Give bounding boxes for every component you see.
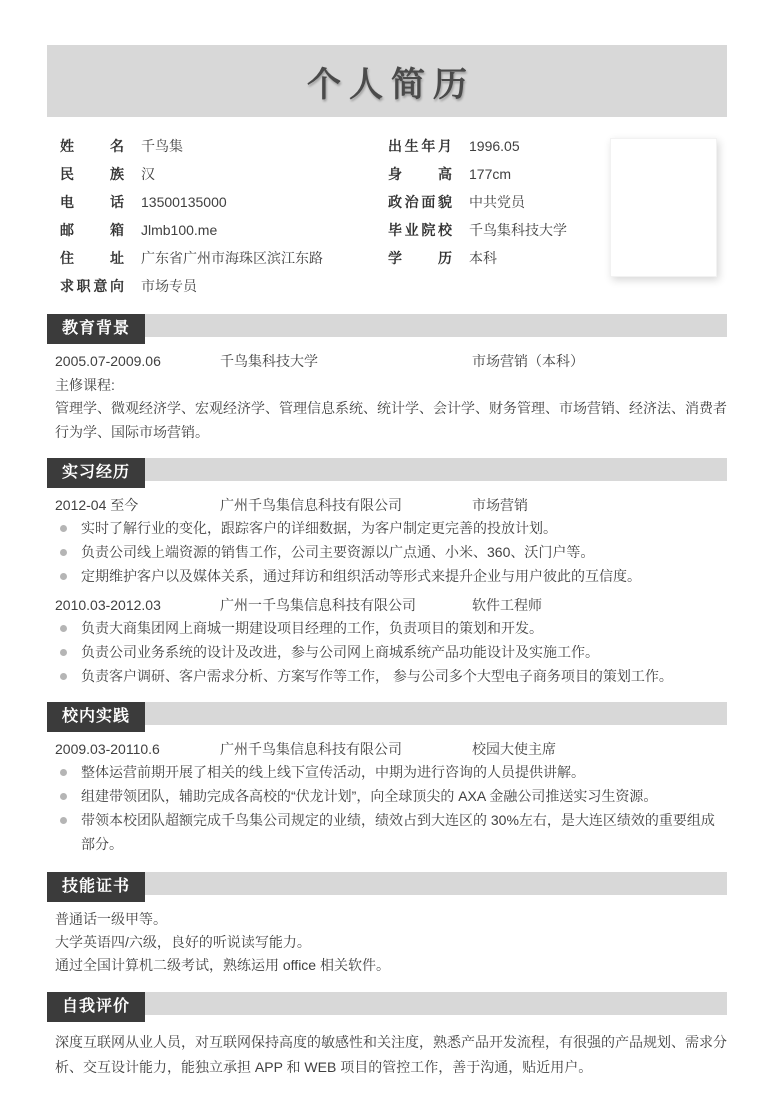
info-row-job-intention: 求职意向 市场专员 bbox=[60, 272, 388, 300]
campus-practice-job: 2009.03-20110.6 广州千鸟集信息科技有限公司 校园大使主席 整体运… bbox=[55, 738, 727, 856]
section-title-skills: 技能证书 bbox=[47, 872, 145, 902]
bullet-icon bbox=[60, 769, 67, 776]
info-label-degree: 学历 bbox=[388, 244, 452, 272]
job-company: 广州千鸟集信息科技有限公司 bbox=[220, 738, 472, 760]
bullet-item: 带领本校团队超额完成千鸟集公司规定的业绩，绩效占到大连区的 30%左右，是大连区… bbox=[55, 808, 727, 856]
campus-practice-content: 2009.03-20110.6 广州千鸟集信息科技有限公司 校园大使主席 整体运… bbox=[47, 732, 727, 856]
bullet-icon bbox=[60, 793, 67, 800]
bullet-item: 负责公司线上端资源的销售工作，公司主要资源以广点通、小米、360、沃门户等。 bbox=[55, 540, 727, 564]
photo-placeholder bbox=[610, 138, 717, 277]
bullet-text: 实时了解行业的变化，跟踪客户的详细数据，为客户制定更完善的投放计划。 bbox=[81, 520, 557, 536]
education-major: 市场营销（本科） bbox=[472, 350, 727, 372]
bullet-item: 实时了解行业的变化，跟踪客户的详细数据，为客户制定更完善的投放计划。 bbox=[55, 516, 727, 540]
courses-text: 管理学、微观经济学、宏观经济学、管理信息系统、统计学、会计学、财务管理、市场营销… bbox=[55, 396, 727, 444]
section-internship: 实习经历 2012-04 至今 广州千鸟集信息科技有限公司 市场营销 实时了解行… bbox=[47, 458, 727, 688]
info-label-birthdate: 出生年月 bbox=[388, 132, 452, 160]
job-period: 2012-04 至今 bbox=[55, 494, 220, 516]
info-label-job-intention: 求职意向 bbox=[60, 272, 124, 300]
info-label-university: 毕业院校 bbox=[388, 216, 452, 244]
bullet-icon bbox=[60, 573, 67, 580]
bullet-icon bbox=[60, 673, 67, 680]
bullet-text: 负责公司线上端资源的销售工作，公司主要资源以广点通、小米、360、沃门户等。 bbox=[81, 544, 594, 560]
self-evaluation-text: 深度互联网从业人员，对互联网保持高度的敏感性和关注度，熟悉产品开发流程，有很强的… bbox=[55, 1030, 727, 1080]
bullet-icon bbox=[60, 649, 67, 656]
section-header-skills: 技能证书 bbox=[47, 872, 727, 902]
info-row-address: 住址 广东省广州市海珠区滨江东路 bbox=[60, 244, 388, 272]
section-campus-practice: 校内实践 2009.03-20110.6 广州千鸟集信息科技有限公司 校园大使主… bbox=[47, 702, 727, 856]
bullet-text: 带领本校团队超额完成千鸟集公司规定的业绩，绩效占到大连区的 30%左右，是大连区… bbox=[81, 812, 715, 852]
education-row: 2005.07-2009.06 千鸟集科技大学 市场营销（本科） bbox=[55, 350, 727, 372]
job-bullet-list: 实时了解行业的变化，跟踪客户的详细数据，为客户制定更完善的投放计划。 负责公司线… bbox=[55, 516, 727, 588]
education-school: 千鸟集科技大学 bbox=[220, 350, 472, 372]
info-value-phone: 13500135000 bbox=[141, 188, 227, 216]
section-title-self-evaluation: 自我评价 bbox=[47, 992, 145, 1022]
page-title: 个人简历 bbox=[299, 57, 475, 106]
info-label-ethnicity: 民族 bbox=[60, 160, 124, 188]
section-header-bar bbox=[47, 458, 727, 481]
bullet-text: 负责大商集团网上商城一期建设项目经理的工作，负责项目的策划和开发。 bbox=[81, 620, 543, 636]
resume-page: 个人简历 姓名 千鸟集 民族 汉 电话 13500135000 邮箱 bbox=[0, 0, 774, 1095]
bullet-text: 组建带领团队，辅助完成各高校的“伏龙计划”，向全球顶尖的 AXA 金融公司推送实… bbox=[81, 788, 657, 804]
info-label-height: 身高 bbox=[388, 160, 452, 188]
courses-label: 主修课程: bbox=[55, 374, 727, 396]
bullet-item: 负责客户调研、客户需求分析、方案写作等工作， 参与公司多个大型电子商务项目的策划… bbox=[55, 664, 727, 688]
info-row-name: 姓名 千鸟集 bbox=[60, 132, 388, 160]
info-label-political-status: 政治面貌 bbox=[388, 188, 452, 216]
section-header-bar bbox=[47, 992, 727, 1015]
job-role: 软件工程师 bbox=[472, 594, 727, 616]
job-role: 校园大使主席 bbox=[472, 738, 727, 760]
section-header-education: 教育背景 bbox=[47, 314, 727, 344]
job-period: 2009.03-20110.6 bbox=[55, 738, 220, 760]
section-header-internship: 实习经历 bbox=[47, 458, 727, 488]
job-company: 广州千鸟集信息科技有限公司 bbox=[220, 494, 472, 516]
bullet-text: 负责客户调研、客户需求分析、方案写作等工作， 参与公司多个大型电子商务项目的策划… bbox=[81, 668, 673, 684]
section-title-education: 教育背景 bbox=[47, 314, 145, 344]
bullet-icon bbox=[60, 625, 67, 632]
section-title-campus-practice: 校内实践 bbox=[47, 702, 145, 732]
info-value-email: Jlmb100.me bbox=[141, 216, 217, 244]
job-bullet-list: 负责大商集团网上商城一期建设项目经理的工作，负责项目的策划和开发。 负责公司业务… bbox=[55, 616, 727, 688]
section-header-bar bbox=[47, 702, 727, 725]
bullet-icon bbox=[60, 817, 67, 824]
education-content: 2005.07-2009.06 千鸟集科技大学 市场营销（本科） 主修课程: 管… bbox=[47, 344, 727, 444]
bullet-item: 组建带领团队，辅助完成各高校的“伏龙计划”，向全球顶尖的 AXA 金融公司推送实… bbox=[55, 784, 727, 808]
job-header-row: 2012-04 至今 广州千鸟集信息科技有限公司 市场营销 bbox=[55, 494, 727, 516]
info-label-email: 邮箱 bbox=[60, 216, 124, 244]
job-header-row: 2010.03-2012.03 广州一千鸟集信息科技有限公司 软件工程师 bbox=[55, 594, 727, 616]
internship-content: 2012-04 至今 广州千鸟集信息科技有限公司 市场营销 实时了解行业的变化，… bbox=[47, 488, 727, 688]
bullet-item: 负责大商集团网上商城一期建设项目经理的工作，负责项目的策划和开发。 bbox=[55, 616, 727, 640]
section-title-internship: 实习经历 bbox=[47, 458, 145, 488]
section-header-bar bbox=[47, 314, 727, 337]
skill-line: 普通话一级甲等。 bbox=[55, 908, 727, 931]
section-header-bar bbox=[47, 872, 727, 895]
info-value-birthdate: 1996.05 bbox=[469, 132, 520, 160]
section-header-self-evaluation: 自我评价 bbox=[47, 992, 727, 1022]
info-value-name: 千鸟集 bbox=[141, 132, 183, 160]
info-value-political-status: 中共党员 bbox=[469, 188, 525, 216]
bullet-item: 整体运营前期开展了相关的线上线下宣传活动，中期为进行咨询的人员提供讲解。 bbox=[55, 760, 727, 784]
info-label-address: 住址 bbox=[60, 244, 124, 272]
bullet-icon bbox=[60, 525, 67, 532]
resume-title-banner: 个人简历 bbox=[47, 45, 727, 117]
bullet-icon bbox=[60, 549, 67, 556]
section-header-campus-practice: 校内实践 bbox=[47, 702, 727, 732]
personal-info-left-column: 姓名 千鸟集 民族 汉 电话 13500135000 邮箱 Jlmb100.me… bbox=[60, 132, 388, 300]
skill-line: 通过全国计算机二级考试，熟练运用 office 相关软件。 bbox=[55, 954, 727, 977]
bullet-text: 定期维护客户以及媒体关系，通过拜访和组织活动等形式来提升企业与用户彼此的互信度。 bbox=[81, 568, 641, 584]
self-evaluation-content: 深度互联网从业人员，对互联网保持高度的敏感性和关注度，熟悉产品开发流程，有很强的… bbox=[47, 1022, 727, 1080]
education-period: 2005.07-2009.06 bbox=[55, 350, 220, 372]
internship-job-2: 2010.03-2012.03 广州一千鸟集信息科技有限公司 软件工程师 负责大… bbox=[55, 594, 727, 688]
job-period: 2010.03-2012.03 bbox=[55, 594, 220, 616]
section-self-evaluation: 自我评价 深度互联网从业人员，对互联网保持高度的敏感性和关注度，熟悉产品开发流程… bbox=[47, 992, 727, 1080]
job-bullet-list: 整体运营前期开展了相关的线上线下宣传活动，中期为进行咨询的人员提供讲解。 组建带… bbox=[55, 760, 727, 856]
bullet-item: 定期维护客户以及媒体关系，通过拜访和组织活动等形式来提升企业与用户彼此的互信度。 bbox=[55, 564, 727, 588]
section-skills: 技能证书 普通话一级甲等。 大学英语四/六级，良好的听说读写能力。 通过全国计算… bbox=[47, 872, 727, 977]
bullet-text: 整体运营前期开展了相关的线上线下宣传活动，中期为进行咨询的人员提供讲解。 bbox=[81, 764, 585, 780]
bullet-text: 负责公司业务系统的设计及改进，参与公司网上商城系统产品功能设计及实施工作。 bbox=[81, 644, 599, 660]
skill-line: 大学英语四/六级，良好的听说读写能力。 bbox=[55, 931, 727, 954]
skills-content: 普通话一级甲等。 大学英语四/六级，良好的听说读写能力。 通过全国计算机二级考试… bbox=[47, 902, 727, 977]
info-value-address: 广东省广州市海珠区滨江东路 bbox=[141, 244, 323, 272]
info-label-name: 姓名 bbox=[60, 132, 124, 160]
info-value-degree: 本科 bbox=[469, 244, 497, 272]
info-row-phone: 电话 13500135000 bbox=[60, 188, 388, 216]
info-value-ethnicity: 汉 bbox=[141, 160, 155, 188]
internship-job-1: 2012-04 至今 广州千鸟集信息科技有限公司 市场营销 实时了解行业的变化，… bbox=[55, 494, 727, 588]
info-value-university: 千鸟集科技大学 bbox=[469, 216, 567, 244]
info-value-job-intention: 市场专员 bbox=[141, 272, 197, 300]
info-row-email: 邮箱 Jlmb100.me bbox=[60, 216, 388, 244]
info-value-height: 177cm bbox=[469, 160, 511, 188]
personal-info-section: 姓名 千鸟集 民族 汉 电话 13500135000 邮箱 Jlmb100.me… bbox=[47, 132, 727, 300]
job-header-row: 2009.03-20110.6 广州千鸟集信息科技有限公司 校园大使主席 bbox=[55, 738, 727, 760]
info-label-phone: 电话 bbox=[60, 188, 124, 216]
job-role: 市场营销 bbox=[472, 494, 727, 516]
info-row-ethnicity: 民族 汉 bbox=[60, 160, 388, 188]
section-education: 教育背景 2005.07-2009.06 千鸟集科技大学 市场营销（本科） 主修… bbox=[47, 314, 727, 444]
bullet-item: 负责公司业务系统的设计及改进，参与公司网上商城系统产品功能设计及实施工作。 bbox=[55, 640, 727, 664]
job-company: 广州一千鸟集信息科技有限公司 bbox=[220, 594, 472, 616]
